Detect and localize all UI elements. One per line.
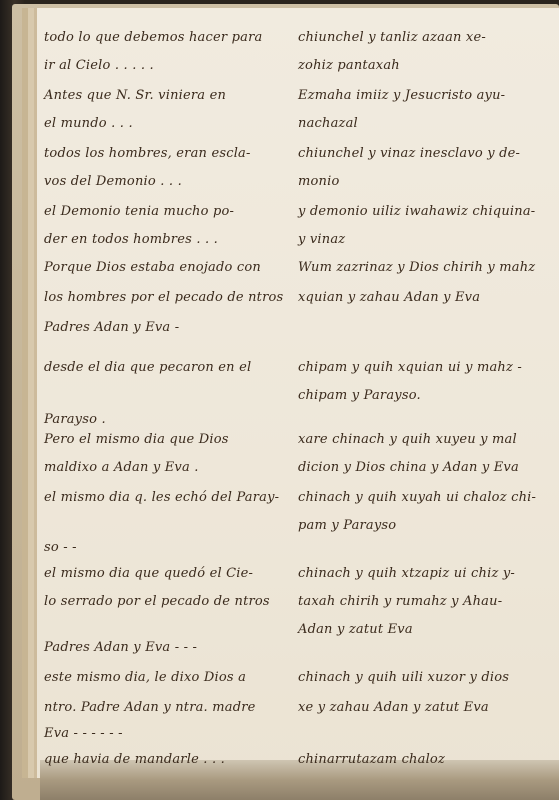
spanish-line: Parayso . [44, 412, 106, 427]
spanish-line: Porque Dios estaba enojado con [44, 260, 261, 275]
translation-line: taxah chirih y rumahz y Ahau- [298, 594, 502, 609]
translation-line: Wum zazrinaz y Dios chirih y mahz [298, 260, 535, 275]
spanish-line: el mismo dia q. les echó del Paray- [44, 490, 279, 505]
spanish-line: Padres Adan y Eva - [44, 320, 179, 335]
translation-line: nachazal [298, 116, 358, 131]
translation-line: chinarrutazam chaloz [298, 752, 445, 767]
translation-line: xe y zahau Adan y zatut Eva [298, 700, 489, 715]
spanish-line: desde el dia que pecaron en el [44, 360, 251, 375]
spanish-line: Pero el mismo dia que Dios [44, 432, 229, 447]
translation-line: chiunchel y vinaz inesclavo y de- [298, 146, 520, 161]
spanish-line: el mismo dia que quedó el Cie- [44, 566, 253, 581]
translation-line: Ezmaha imiiz y Jesucristo ayu- [298, 88, 505, 103]
translation-line: y vinaz [298, 232, 345, 247]
spanish-line: el mundo . . . [44, 116, 133, 131]
translation-line: pam y Parayso [298, 518, 396, 533]
spanish-line: ntro. Padre Adan y ntra. madre [44, 700, 256, 715]
spanish-line: maldixo a Adan y Eva . [44, 460, 199, 475]
spanish-line: el Demonio tenia mucho po- [44, 204, 234, 219]
translation-line: chipam y quih xquian ui y mahz - [298, 360, 522, 375]
translation-line: zohiz pantaxah [298, 58, 400, 73]
translation-line: chinach y quih xtzapiz ui chiz y- [298, 566, 515, 581]
spanish-line: lo serrado por el pecado de ntros [44, 594, 270, 609]
translation-line: chinach y quih xuyah ui chaloz chi- [298, 490, 536, 505]
translation-line: dicion y Dios china y Adan y Eva [298, 460, 519, 475]
translation-line: chipam y Parayso. [298, 388, 421, 403]
spanish-line: este mismo dia, le dixo Dios a [44, 670, 246, 685]
spanish-line: vos del Demonio . . . [44, 174, 182, 189]
spanish-line: der en todos hombres . . . [44, 232, 218, 247]
spanish-line: ir al Cielo . . . . . [44, 58, 154, 73]
translation-line: monio [298, 174, 340, 189]
spanish-line: que havia de mandarle . . . [44, 752, 225, 767]
spanish-line: so - - [44, 540, 77, 555]
spanish-line: Antes que N. Sr. viniera en [44, 88, 226, 103]
translation-line: y demonio uiliz iwahawiz chiquina- [298, 204, 535, 219]
translation-line: xare chinach y quih xuyeu y mal [298, 432, 517, 447]
translation-line: xquian y zahau Adan y Eva [298, 290, 480, 305]
spanish-line: todos los hombres, eran escla- [44, 146, 251, 161]
translation-line: chinach y quih uili xuzor y dios [298, 670, 509, 685]
translation-line: chiunchel y tanliz azaan xe- [298, 30, 486, 45]
spanish-line: todo lo que debemos hacer para [44, 30, 262, 45]
translation-line: Adan y zatut Eva [298, 622, 413, 637]
spanish-line: Eva - - - - - - [44, 726, 123, 741]
spanish-line: los hombres por el pecado de ntros [44, 290, 283, 305]
spanish-line: Padres Adan y Eva - - - [44, 640, 197, 655]
